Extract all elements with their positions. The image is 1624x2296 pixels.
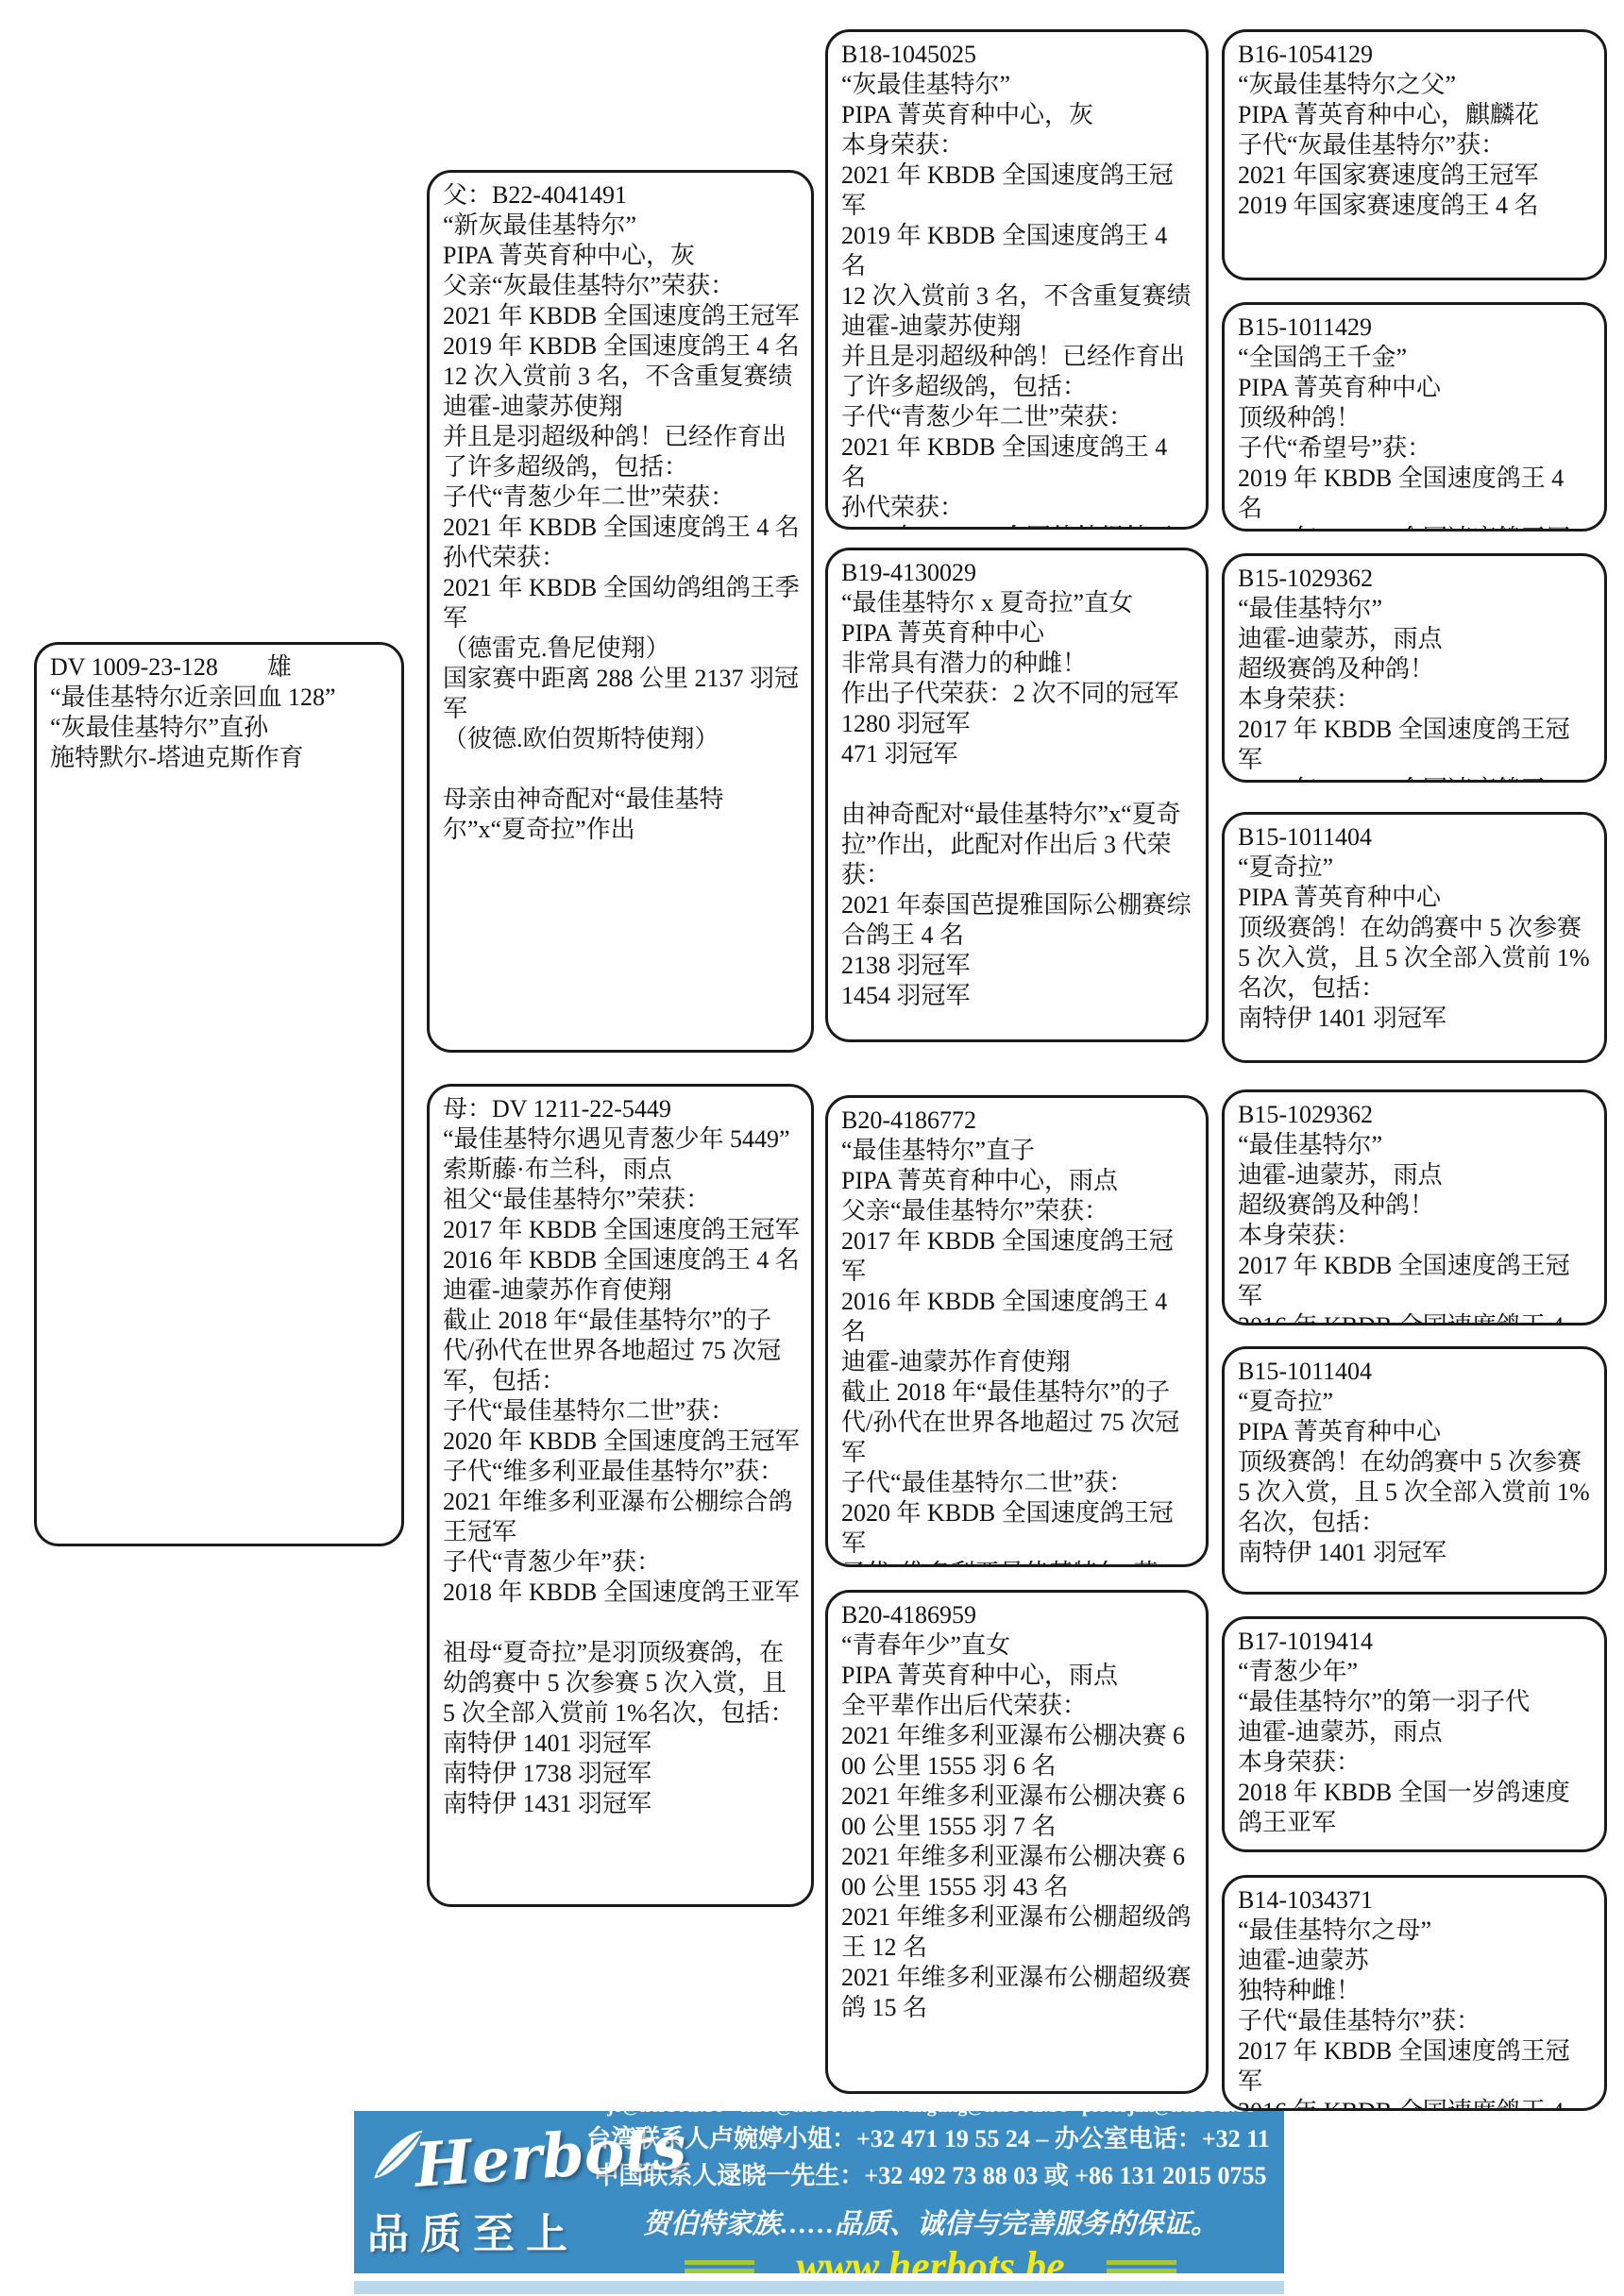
pedigree-line: B15-1029362	[1238, 564, 1593, 594]
pedigree-box-b15-1011429: B15-1011429“全国鸽王千金”PIPA 菁英育种中心顶级种鸽！子代“希望…	[1222, 302, 1607, 532]
decor-double-line-left	[685, 2260, 754, 2273]
logo-slogan: 品质至上	[367, 2200, 579, 2260]
pedigree-line: 全平辈作出后代荣获：	[841, 1691, 1194, 1721]
pedigree-line: 迪霍-迪蒙苏	[1238, 1946, 1593, 1976]
pedigree-line: 2021 年 KBDB 全国幼鸽组鸽王季军	[841, 523, 1194, 530]
pedigree-line: “青春年少”直女	[841, 1630, 1194, 1661]
pedigree-line: （彼德.欧伯贺斯特使翔）	[443, 724, 800, 754]
pedigree-line: 超级赛鸽及种鸽！	[1238, 1190, 1593, 1221]
pedigree-line: 12 次入赏前 3 名，不含重复赛绩	[841, 281, 1194, 312]
pedigree-line: PIPA 菁英育种中心	[1238, 1417, 1593, 1447]
pedigree-line: “灰最佳基特尔之父”	[1238, 70, 1593, 100]
pedigree-line: 独特种雌！	[1238, 1976, 1593, 2006]
pedigree-line: 南特伊 1431 羽冠军	[443, 1789, 800, 1819]
pedigree-line: 孙代荣获：	[841, 493, 1194, 523]
pedigree-line: 索斯藤·布兰科，雨点	[443, 1155, 800, 1185]
pedigree-box-mother: 母：DV 1211-22-5449“最佳基特尔遇见青葱少年 5449”索斯藤·布…	[427, 1084, 814, 1907]
pedigree-line: 子代“维多利亚最佳基特尔”获：	[443, 1457, 800, 1487]
pedigree-line: 国家赛中距离 288 公里 2137 羽冠军	[443, 664, 800, 724]
pedigree-line: DV 1009-23-128 雄	[50, 652, 390, 683]
pedigree-line: 2138 羽冠军	[841, 951, 1194, 981]
pedigree-box-b19-4130029: B19-4130029“最佳基特尔 x 夏奇拉”直女PIPA 菁英育种中心非常具…	[825, 548, 1209, 1042]
pedigree-line: 2021 年泰国芭提雅国际公棚赛综合鸽王 4 名	[841, 890, 1194, 951]
pedigree-line: 子代“灰最佳基特尔”获：	[1238, 130, 1593, 160]
pedigree-line: 子代“最佳基特尔”获：	[1238, 2006, 1593, 2036]
pedigree-line: 2021 年维多利亚瀑布公棚决赛 600 公里 1555 羽 7 名	[841, 1781, 1194, 1842]
pedigree-line: B15-1011429	[1238, 312, 1593, 343]
pedigree-line: 2019 年国家赛速度鸽王 4 名	[1238, 191, 1593, 221]
pedigree-line: 2016 年 KBDB 全国速度鸽王 4 名	[443, 1245, 800, 1275]
pedigree-line: “最佳基特尔 x 夏奇拉”直女	[841, 588, 1194, 618]
pedigree-line: PIPA 菁英育种中心	[1238, 883, 1593, 913]
pedigree-line: B20-4186959	[841, 1600, 1194, 1630]
pedigree-line: 本身荣获：	[1238, 684, 1593, 715]
pedigree-box-b14-1034371: B14-1034371“最佳基特尔之母”迪霍-迪蒙苏独特种雌！子代“最佳基特尔”…	[1222, 1875, 1607, 2111]
herbots-logo: Herbots 品质至上	[367, 2125, 586, 2260]
pedigree-line: 截止 2018 年“最佳基特尔”的子代/孙代在世界各地超过 75 次冠军	[841, 1377, 1194, 1468]
contact-emails[interactable]: jo@herbots.be – miet@herbots.be – wangti…	[586, 2111, 1275, 2118]
pedigree-line: 2021 年 KBDB 全国幼鸽组鸽王季军	[443, 573, 800, 633]
pedigree-line: 2017 年 KBDB 全国速度鸽王冠军	[443, 1215, 800, 1245]
pedigree-line: 南特伊 1401 羽冠军	[443, 1729, 800, 1759]
pedigree-line: 并且是羽超级种鸽！已经作育出了许多超级鸽，包括：	[443, 422, 800, 482]
pedigree-box-b20-4186959: B20-4186959“青春年少”直女PIPA 菁英育种中心，雨点全平辈作出后代…	[825, 1590, 1209, 2094]
pedigree-line: （德雷克.鲁尼使翔）	[443, 633, 800, 664]
pedigree-line: PIPA 菁英育种中心，灰	[841, 100, 1194, 130]
pedigree-line: 父亲“灰最佳基特尔”荣获：	[443, 271, 800, 301]
pedigree-line: 迪霍-迪蒙苏，雨点	[1238, 1717, 1593, 1747]
pedigree-line: 2016 年 KBDB 全国速度鸽王 4 名	[1238, 1311, 1593, 1325]
pedigree-line: 2021 年 KBDB 全国速度鸽王冠军	[841, 160, 1194, 221]
pedigree-line: PIPA 菁英育种中心	[841, 618, 1194, 649]
pedigree-line: 2017 年 KBDB 全国速度鸽王冠军	[1238, 1251, 1593, 1311]
website-link[interactable]: www.herbots.be	[796, 2245, 1064, 2273]
pedigree-line: 2021 年 KBDB 全国速度鸽王冠军	[1238, 524, 1593, 532]
pedigree-line: 祖母“夏奇拉”是羽顶级赛鸽，在幼鸽赛中 5 次参赛 5 次入赏，且 5 次全部入…	[443, 1638, 800, 1729]
pedigree-line: PIPA 菁英育种中心，麒麟花	[1238, 100, 1593, 130]
pedigree-line: 2017 年 KBDB 全国速度鸽王冠军	[1238, 2036, 1593, 2097]
pedigree-line: 祖父“最佳基特尔”荣获：	[443, 1185, 800, 1215]
pedigree-line: B16-1054129	[1238, 40, 1593, 70]
banner-background: Herbots 品质至上 jo@herbots.be – miet@herbot…	[354, 2111, 1284, 2273]
footer-strip-white	[354, 2273, 1284, 2281]
pedigree-line: 母亲由神奇配对“最佳基特尔”x“夏奇拉”作出	[443, 785, 800, 845]
family-tagline: 贺伯特家族……品质、诚信与完善服务的保证。	[586, 2203, 1275, 2241]
pedigree-line: 本身荣获：	[1238, 1747, 1593, 1778]
pedigree-line	[443, 754, 800, 785]
pedigree-line: 由神奇配对“最佳基特尔”x“夏奇拉”作出，此配对作出后 3 代荣获：	[841, 800, 1194, 890]
pedigree-line: 2017 年 KBDB 全国速度鸽王冠军	[1238, 715, 1593, 775]
footer-strip-blue	[354, 2281, 1284, 2294]
decor-double-line-right	[1107, 2260, 1176, 2273]
pedigree-line: 子代“最佳基特尔二世”获：	[841, 1468, 1194, 1498]
pedigree-line: 2021 年 KBDB 全国速度鸽王 4 名	[443, 513, 800, 543]
pedigree-line: 南特伊 1401 羽冠军	[1238, 1538, 1593, 1568]
pedigree-line: 子代“青葱少年二世”荣获：	[841, 402, 1194, 432]
pedigree-box-b16-1054129: B16-1054129“灰最佳基特尔之父”PIPA 菁英育种中心，麒麟花子代“灰…	[1222, 29, 1607, 280]
pedigree-line: 2016 年 KBDB 全国速度鸽王 4 名	[1238, 775, 1593, 783]
contact-block: jo@herbots.be – miet@herbots.be – wangti…	[586, 2111, 1275, 2273]
pedigree-line: 2021 年维多利亚瀑布公棚超级赛鸽 15 名	[841, 1963, 1194, 2023]
pedigree-line: 超级赛鸽及种鸽！	[1238, 654, 1593, 684]
pedigree-line: 迪霍-迪蒙苏，雨点	[1238, 624, 1593, 654]
pedigree-line: 非常具有潜力的种雌！	[841, 649, 1194, 679]
pedigree-line: 子代“青葱少年二世”荣获：	[443, 482, 800, 513]
pedigree-box-b15-1029362-a: B15-1029362“最佳基特尔”迪霍-迪蒙苏，雨点超级赛鸽及种鸽！本身荣获：…	[1222, 553, 1607, 783]
pedigree-line: 本身荣获：	[841, 130, 1194, 160]
pedigree-line: 2021 年维多利亚瀑布公棚决赛 600 公里 1555 羽 6 名	[841, 1721, 1194, 1781]
pedigree-line: 本身荣获：	[1238, 1221, 1593, 1251]
pedigree-line: “青葱少年”	[1238, 1657, 1593, 1687]
contact-china: 中国联系人逯晓一先生：+32 492 73 88 03 或 +86 131 20…	[586, 2156, 1275, 2191]
pedigree-line: 2017 年 KBDB 全国速度鸽王冠军	[841, 1226, 1194, 1287]
pedigree-line: 子代“最佳基特尔二世”获：	[443, 1396, 800, 1427]
pedigree-line: “全国鸽王千金”	[1238, 343, 1593, 373]
pedigree-line: 471 羽冠军	[841, 739, 1194, 769]
pedigree-line: “最佳基特尔遇见青葱少年 5449”	[443, 1124, 800, 1155]
pedigree-line: 2021 年维多利亚瀑布公棚决赛 600 公里 1555 羽 43 名	[841, 1842, 1194, 1902]
pedigree-line: B15-1011404	[1238, 1357, 1593, 1387]
pedigree-line: 母：DV 1211-22-5449	[443, 1094, 800, 1124]
footer-banner: Herbots 品质至上 jo@herbots.be – miet@herbot…	[354, 2111, 1284, 2296]
pedigree-line: 1280 羽冠军	[841, 709, 1194, 739]
pedigree-box-subject: DV 1009-23-128 雄“最佳基特尔近亲回血 128”“灰最佳基特尔”直…	[34, 642, 404, 1546]
pedigree-line: 迪霍-迪蒙苏作育使翔	[443, 1275, 800, 1306]
pedigree-line: PIPA 菁英育种中心，雨点	[841, 1661, 1194, 1691]
pedigree-sheet: DV 1009-23-128 雄“最佳基特尔近亲回血 128”“灰最佳基特尔”直…	[0, 0, 1624, 2296]
pedigree-line: 2021 年维多利亚瀑布公棚综合鸽王冠军	[443, 1487, 800, 1547]
pedigree-line: “最佳基特尔”的第一羽子代	[1238, 1687, 1593, 1717]
pedigree-line: 子代“青葱少年”获：	[443, 1547, 800, 1578]
pedigree-line: 迪霍-迪蒙苏，雨点	[1238, 1160, 1593, 1190]
pedigree-line: B20-4186772	[841, 1106, 1194, 1136]
pedigree-line: “最佳基特尔”直子	[841, 1136, 1194, 1166]
pedigree-line: “最佳基特尔近亲回血 128”	[50, 683, 390, 713]
pedigree-line: 作出子代荣获：2 次不同的冠军	[841, 679, 1194, 709]
pedigree-line: 父：B22-4041491	[443, 180, 800, 211]
pedigree-line: 2018 年 KBDB 全国一岁鸽速度鸽王亚军	[1238, 1778, 1593, 1838]
pedigree-line: “夏奇拉”	[1238, 1387, 1593, 1417]
pedigree-line: B15-1011404	[1238, 822, 1593, 853]
pedigree-line	[841, 769, 1194, 800]
pedigree-line: PIPA 菁英育种中心	[1238, 373, 1593, 403]
pedigree-line: “最佳基特尔”	[1238, 594, 1593, 624]
pedigree-line: “夏奇拉”	[1238, 853, 1593, 883]
pedigree-line: “最佳基特尔”	[1238, 1130, 1593, 1160]
contact-taiwan: 台湾联系人卢婉婷小姐：+32 471 19 55 24 – 办公室电话：+32 …	[586, 2119, 1275, 2154]
pedigree-line: “新灰最佳基特尔”	[443, 211, 800, 241]
pedigree-line: 2018 年 KBDB 全国速度鸽王亚军	[443, 1578, 800, 1608]
pedigree-line: 顶级种鸽！	[1238, 403, 1593, 433]
pedigree-box-b20-4186772: B20-4186772“最佳基特尔”直子PIPA 菁英育种中心，雨点父亲“最佳基…	[825, 1095, 1209, 1567]
pedigree-line: B14-1034371	[1238, 1885, 1593, 1916]
pedigree-line: 2019 年 KBDB 全国速度鸽王 4 名	[841, 221, 1194, 281]
pedigree-box-father: 父：B22-4041491“新灰最佳基特尔”PIPA 菁英育种中心，灰父亲“灰最…	[427, 170, 814, 1053]
pedigree-line: 子代“维多利亚最佳基特尔”获：	[841, 1559, 1194, 1567]
pedigree-line: 2021 年 KBDB 全国速度鸽王 4 名	[841, 432, 1194, 493]
pedigree-box-b17-1019414: B17-1019414“青葱少年”“最佳基特尔”的第一羽子代迪霍-迪蒙苏，雨点本…	[1222, 1616, 1607, 1852]
pedigree-line: 1454 羽冠军	[841, 981, 1194, 1011]
pedigree-line: B15-1029362	[1238, 1100, 1593, 1130]
pedigree-line: 2021 年国家赛速度鸽王冠军	[1238, 160, 1593, 191]
pedigree-line: 2021 年 KBDB 全国速度鸽王冠军	[443, 301, 800, 331]
pedigree-box-b18-1045025: B18-1045025“灰最佳基特尔”PIPA 菁英育种中心，灰本身荣获：202…	[825, 29, 1209, 530]
pedigree-line: 2020 年 KBDB 全国速度鸽王冠军	[443, 1427, 800, 1457]
pedigree-line: PIPA 菁英育种中心，雨点	[841, 1166, 1194, 1196]
pedigree-line: 并且是羽超级种鸽！已经作育出了许多超级鸽，包括：	[841, 342, 1194, 402]
pedigree-line: 顶级赛鸽！在幼鸽赛中 5 次参赛 5 次入赏，且 5 次全部入赏前 1%名次，包…	[1238, 1447, 1593, 1538]
pedigree-line: 南特伊 1401 羽冠军	[1238, 1004, 1593, 1034]
pedigree-line: B19-4130029	[841, 558, 1194, 588]
pedigree-box-b15-1011404-b: B15-1011404“夏奇拉”PIPA 菁英育种中心顶级赛鸽！在幼鸽赛中 5 …	[1222, 1346, 1607, 1595]
pedigree-line: 2021 年维多利亚瀑布公棚超级鸽王 12 名	[841, 1902, 1194, 1963]
website-row: www.herbots.be	[586, 2245, 1275, 2273]
pedigree-line: 迪霍-迪蒙苏使翔	[841, 312, 1194, 342]
pedigree-line: 子代“希望号”获：	[1238, 433, 1593, 464]
pedigree-line: “最佳基特尔之母”	[1238, 1916, 1593, 1946]
pedigree-line: 顶级赛鸽！在幼鸽赛中 5 次参赛 5 次入赏，且 5 次全部入赏前 1%名次，包…	[1238, 913, 1593, 1004]
pedigree-line: PIPA 菁英育种中心，灰	[443, 241, 800, 271]
pedigree-line: 孙代荣获：	[443, 543, 800, 573]
pedigree-line: 2019 年 KBDB 全国速度鸽王 4 名	[1238, 464, 1593, 524]
pedigree-line: “灰最佳基特尔”直孙	[50, 713, 390, 743]
pedigree-line: 截止 2018 年“最佳基特尔”的子代/孙代在世界各地超过 75 次冠军，包括：	[443, 1306, 800, 1396]
logo-wordmark: Herbots	[413, 2118, 688, 2197]
pedigree-line: 迪霍-迪蒙苏作育使翔	[841, 1347, 1194, 1377]
pedigree-box-b15-1011404-a: B15-1011404“夏奇拉”PIPA 菁英育种中心顶级赛鸽！在幼鸽赛中 5 …	[1222, 812, 1607, 1063]
pedigree-line	[443, 1608, 800, 1638]
pedigree-line: B18-1045025	[841, 40, 1194, 70]
pedigree-line: 父亲“最佳基特尔”荣获：	[841, 1196, 1194, 1226]
pedigree-line: 2019 年 KBDB 全国速度鸽王 4 名	[443, 331, 800, 362]
pedigree-line: 12 次入赏前 3 名，不含重复赛绩	[443, 362, 800, 392]
pedigree-line: 南特伊 1738 羽冠军	[443, 1759, 800, 1789]
pedigree-line: 2016 年 KBDB 全国速度鸽王 4 名	[1238, 2097, 1593, 2111]
pedigree-line: 2020 年 KBDB 全国速度鸽王冠军	[841, 1498, 1194, 1559]
pedigree-line: “灰最佳基特尔”	[841, 70, 1194, 100]
pedigree-box-b15-1029362-b: B15-1029362“最佳基特尔”迪霍-迪蒙苏，雨点超级赛鸽及种鸽！本身荣获：…	[1222, 1089, 1607, 1325]
pedigree-line: B17-1019414	[1238, 1627, 1593, 1657]
pedigree-line: 施特默尔-塔迪克斯作育	[50, 743, 390, 773]
pedigree-line: 迪霍-迪蒙苏使翔	[443, 392, 800, 422]
pedigree-line: 2016 年 KBDB 全国速度鸽王 4 名	[841, 1287, 1194, 1347]
